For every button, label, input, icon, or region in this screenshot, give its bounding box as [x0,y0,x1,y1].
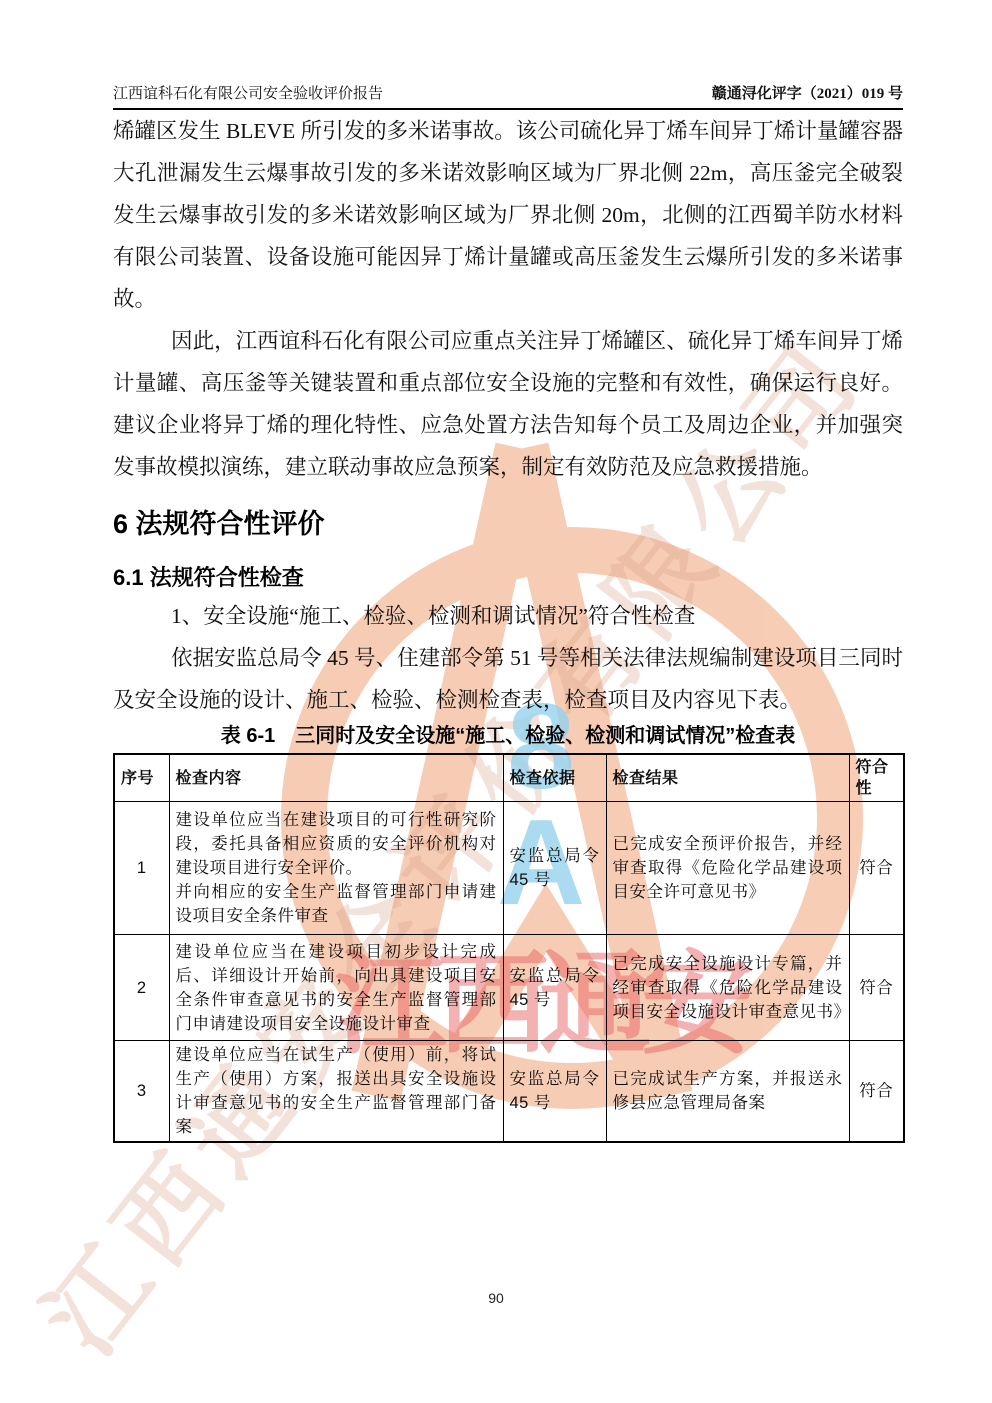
cell-content: 建设单位应当在建设项目初步设计完成后、详细设计开始前，向出具建设项目安全条件审查… [169,935,503,1041]
cell-index: 2 [114,935,169,1041]
cell-conformity: 符合 [849,802,904,935]
cell-result: 已完成安全预评价报告，并经审查取得《危险化学品建设项目安全许可意见书》 [606,802,849,935]
cell-index: 3 [114,1041,169,1143]
column-header-basis: 检查依据 [503,754,606,802]
cell-basis: 安监总局令 45 号 [503,1041,606,1143]
document-number: 赣通浔化评字（2021）019 号 [712,84,903,104]
cell-conformity: 符合 [849,935,904,1041]
section-heading-6: 6 法规符合性评价 [113,504,903,544]
running-header: 江西谊科石化有限公司安全验收评价报告 赣通浔化评字（2021）019 号 [113,0,903,110]
paragraph-domino-accident: 烯罐区发生 BLEVE 所引发的多米诺事故。该公司硫化异丁烯车间异丁烯计量罐容器… [113,110,903,320]
table-row: 2 建设单位应当在建设项目初步设计完成后、详细设计开始前，向出具建设项目安全条件… [114,935,904,1041]
table-row: 1 建设单位应当在建设项目的可行性研究阶段，委托具备相应资质的安全评价机构对建设… [114,802,904,935]
column-header-conformity: 符合性 [849,754,904,802]
cell-content: 建设单位应当在试生产（使用）前，将试生产（使用）方案，报送出具安全设施设计审查意… [169,1041,503,1143]
table-row: 3 建设单位应当在试生产（使用）前，将试生产（使用）方案，报送出具安全设施设计审… [114,1041,904,1143]
column-header-content: 检查内容 [169,754,503,802]
cell-basis: 安监总局令 45 号 [503,802,606,935]
cell-conformity: 符合 [849,1041,904,1143]
cell-basis: 安监总局令 45 号 [503,935,606,1041]
cell-content: 建设单位应当在建设项目的可行性研究阶段，委托具备相应资质的安全评价机构对建设项目… [169,802,503,935]
column-header-index: 序号 [114,754,169,802]
paragraph-check-item: 1、安全设施“施工、检验、检测和调试情况”符合性检查 [113,595,903,637]
document-page: 江西通安全评价有限公司 8 A 江西通安 江西谊科石化有限公司安全验收评价报告 … [0,0,992,1403]
cell-result: 已完成安全设施设计专篇，并经审查取得《危险化学品建设项目安全设施设计审查意见书》 [606,935,849,1041]
page-number: 90 [0,1290,992,1306]
cell-index: 1 [114,802,169,935]
page-content: 江西谊科石化有限公司安全验收评价报告 赣通浔化评字（2021）019 号 烯罐区… [113,0,903,1143]
report-title: 江西谊科石化有限公司安全验收评价报告 [113,84,383,104]
section-heading-6-1: 6.1 法规符合性检查 [113,561,903,595]
compliance-check-table: 序号 检查内容 检查依据 检查结果 符合性 1 建设单位应当在建设项目的可行性研… [113,753,905,1143]
cell-result: 已完成试生产方案，并报送永修县应急管理局备案 [606,1041,849,1143]
table-header-row: 序号 检查内容 检查依据 检查结果 符合性 [114,754,904,802]
column-header-result: 检查结果 [606,754,849,802]
paragraph-recommendation: 因此，江西谊科石化有限公司应重点关注异丁烯罐区、硫化异丁烯车间异丁烯计量罐、高压… [113,320,903,488]
paragraph-check-basis: 依据安监总局令 45 号、住建部令第 51 号等相关法律法规编制建设项目三同时及… [113,637,903,721]
table-caption: 表 6-1 三同时及安全设施“施工、检验、检测和调试情况”检查表 [113,721,903,751]
